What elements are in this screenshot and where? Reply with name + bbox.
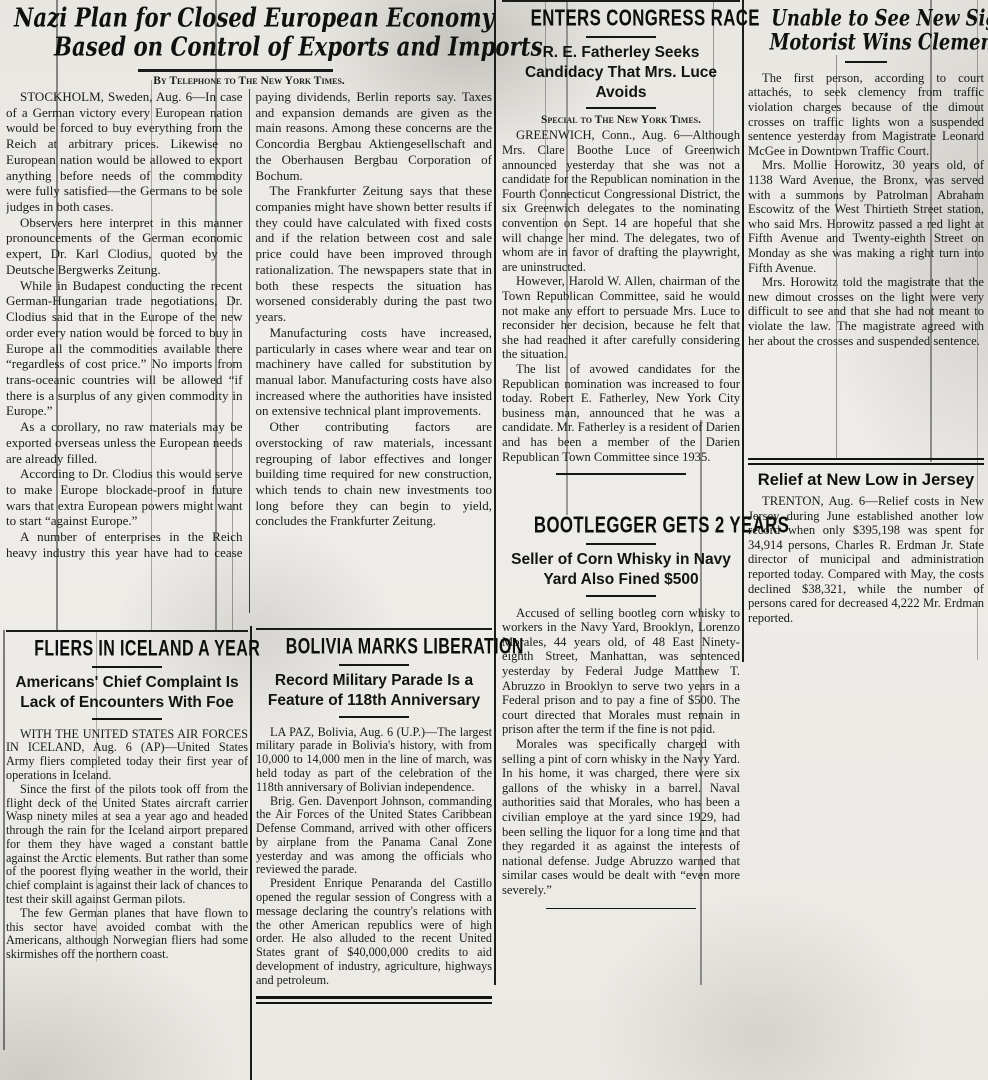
article-bootlegger: BOOTLEGGER GETS 2 YEARS Seller of Corn W… (502, 514, 740, 914)
subhead-rule (586, 595, 656, 597)
article-headline: Nazi Plan for Closed European Economy Ba… (6, 4, 492, 61)
section-rule (6, 630, 248, 632)
bottom-double-rule (256, 996, 492, 1004)
article-subhead: Americans' Chief Complaint Is Lack of En… (13, 673, 241, 713)
article-paragraph: The few German planes that have flown to… (6, 907, 248, 962)
article-paragraph: According to Dr. Clodius this would serv… (6, 466, 243, 529)
subhead-rule (92, 718, 162, 720)
article-paragraph: Other contributing factors are overstock… (256, 419, 493, 529)
scan-artifact-line (3, 630, 5, 1050)
article-headline: BOLIVIA MARKS LIBERATION (256, 636, 492, 659)
article-paragraph: While in Budapest conducting the recent … (6, 278, 243, 419)
article-jersey-relief: Relief at New Low in Jersey TRENTON, Aug… (748, 458, 984, 625)
article-headline: FLIERS IN ICELAND A YEAR (6, 638, 248, 661)
newspaper-page: Nazi Plan for Closed European Economy Ba… (0, 0, 988, 1080)
column-rule (250, 626, 252, 1080)
article-headline: BOOTLEGGER GETS 2 YEARS (502, 514, 740, 538)
byline: By Telephone to The New York Times. (6, 75, 492, 87)
article-body: STOCKHOLM, Sweden, Aug. 6—In case of a G… (6, 89, 492, 613)
headline-text: FLIERS IN ICELAND A YEAR (34, 637, 260, 663)
headline-rule (138, 69, 333, 72)
article-body: Accused of selling bootleg corn whisky t… (502, 606, 740, 898)
byline: Special to The New York Times. (502, 114, 740, 126)
article-headline: ENTERS CONGRESS RACE (502, 7, 740, 31)
article-body: WITH THE UNITED STATES AIR FORCES IN ICE… (6, 728, 248, 962)
article-paragraph: Mrs. Mollie Horowitz, 30 years old, of 1… (748, 158, 984, 275)
article-paragraph: LA PAZ, Bolivia, Aug. 6 (U.P.)—The large… (256, 726, 492, 795)
article-body: The first person, according to court att… (748, 71, 984, 348)
headline-rule (92, 666, 162, 668)
section-rule (502, 0, 740, 2)
article-congress-race: ENTERS CONGRESS RACE R. E. Fatherley See… (502, 0, 740, 480)
article-paragraph: STOCKHOLM, Sweden, Aug. 6—In case of a G… (6, 89, 243, 215)
article-body: GREENWICH, Conn., Aug. 6—Although Mrs. C… (502, 128, 740, 464)
headline-rule (586, 36, 656, 38)
article-paragraph: The list of avowed candidates for the Re… (502, 362, 740, 464)
article-paragraph: Brig. Gen. Davenport Johnson, commanding… (256, 795, 492, 878)
article-paragraph: However, Harold W. Allen, chairman of th… (502, 274, 740, 362)
article-subhead: Record Military Parade Is a Feature of 1… (262, 671, 487, 711)
article-paragraph: Mrs. Horowitz told the magistrate that t… (748, 275, 984, 348)
article-nazi-plan: Nazi Plan for Closed European Economy Ba… (6, 4, 492, 613)
article-bolivia-liberation: BOLIVIA MARKS LIBERATION Record Military… (256, 628, 492, 1004)
article-headline: Relief at New Low in Jersey (748, 471, 984, 490)
headline-text: ENTERS CONGRESS RACE (531, 6, 760, 33)
headline-line: Unable to See New Signal, (771, 5, 988, 30)
article-paragraph: Since the first of the pilots took off f… (6, 783, 248, 907)
article-paragraph: Accused of selling bootleg corn whisky t… (502, 606, 740, 737)
article-motorist-clemency: Unable to See New Signal, Motorist Wins … (748, 6, 984, 348)
headline-rule (339, 664, 409, 666)
section-rule (256, 628, 492, 630)
article-subhead: R. E. Fatherley Seeks Candidacy That Mrs… (509, 43, 734, 102)
article-paragraph: TRENTON, Aug. 6—Relief costs in New Jers… (748, 494, 984, 625)
article-body: TRENTON, Aug. 6—Relief costs in New Jers… (748, 494, 984, 625)
article-subhead: Seller of Corn Whisky in Navy Yard Also … (511, 550, 731, 590)
column-rule (742, 0, 744, 662)
article-paragraph: Observers here interpret in this manner … (6, 215, 243, 278)
end-rule (546, 908, 696, 909)
headline-text: BOLIVIA MARKS LIBERATION (286, 635, 524, 661)
subhead-rule (586, 107, 656, 109)
headline-line: Motorist Wins Clemency (770, 29, 988, 54)
article-paragraph: Manufacturing costs have increased, part… (256, 325, 493, 419)
article-paragraph: As a corollary, no raw materials may be … (6, 419, 243, 466)
article-paragraph: President Enrique Penaranda del Castillo… (256, 877, 492, 987)
headline-rule (586, 543, 656, 545)
subhead-rule (339, 716, 409, 718)
article-paragraph: The first person, according to court att… (748, 71, 984, 159)
column-rule (494, 0, 496, 985)
article-paragraph: GREENWICH, Conn., Aug. 6—Although Mrs. C… (502, 128, 740, 274)
section-double-rule (748, 458, 984, 465)
article-fliers-iceland: FLIERS IN ICELAND A YEAR Americans' Chie… (6, 630, 248, 962)
headline-rule (845, 61, 887, 63)
article-headline: Unable to See New Signal, Motorist Wins … (748, 6, 984, 54)
article-paragraph: WITH THE UNITED STATES AIR FORCES IN ICE… (6, 728, 248, 783)
article-paragraph: The Frankfurter Zeitung says that these … (256, 183, 493, 324)
end-rule (556, 473, 686, 475)
article-body: LA PAZ, Bolivia, Aug. 6 (U.P.)—The large… (256, 726, 492, 988)
article-paragraph: Morales was specifically charged with se… (502, 737, 740, 898)
headline-line: Nazi Plan for Closed European Economy (14, 3, 494, 33)
headline-line: Based on Control of Exports and Imports (54, 32, 543, 62)
